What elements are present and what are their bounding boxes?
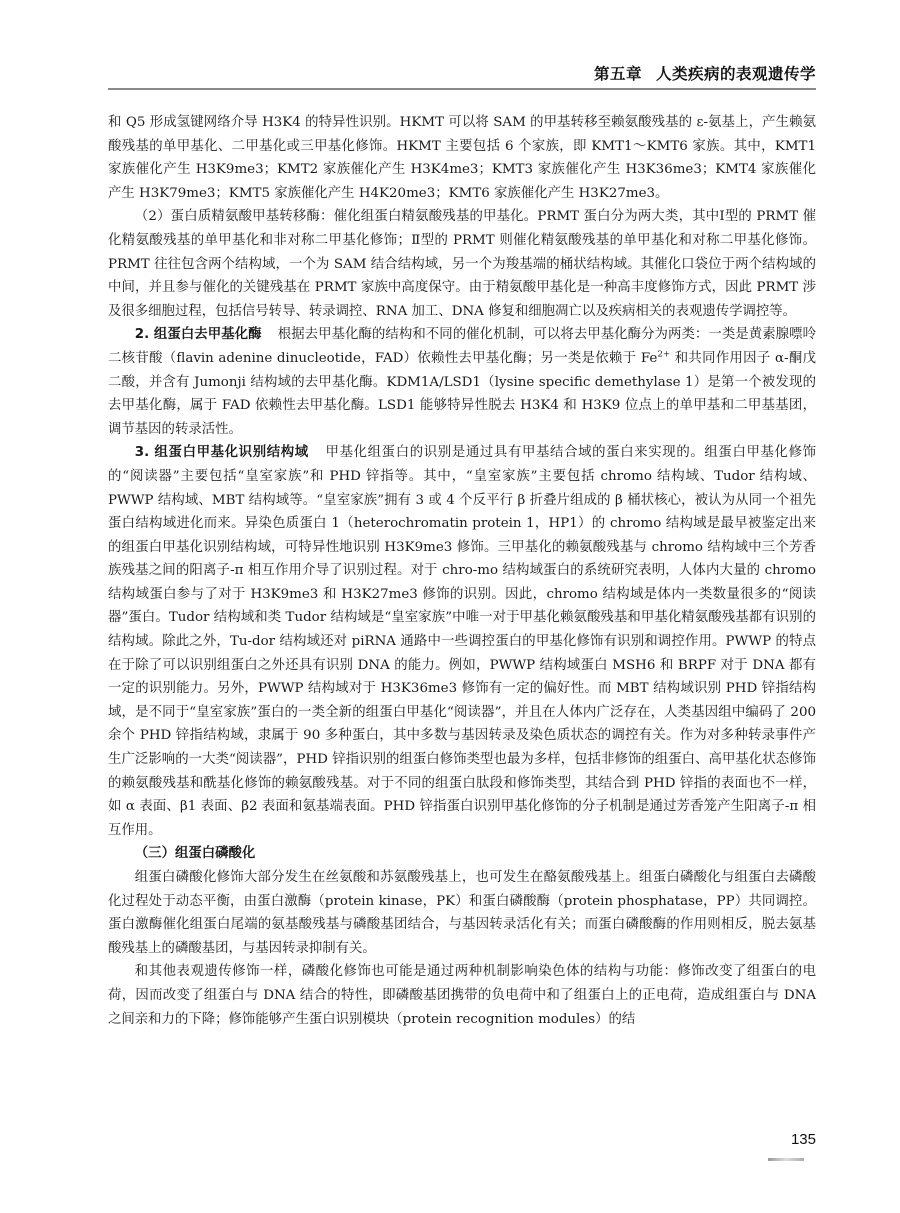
- chapter-title: 人类疾病的表观遗传学: [656, 65, 816, 83]
- page-number-rule: [768, 1158, 804, 1161]
- paragraph-text: 甲基化组蛋白的识别是通过具有甲基结合域的蛋白来实现的。组蛋白甲基化修饰的“阅读器…: [108, 445, 816, 838]
- header-rule: [108, 88, 816, 90]
- paragraph-prmt: （2）蛋白质精氨酸甲基转移酶：催化组蛋白精氨酸残基的甲基化。PRMT 蛋白分为两…: [108, 205, 816, 323]
- paragraph-phosphorylation: 组蛋白磷酸化修饰大部分发生在丝氨酸和苏氨酸残基上，也可发生在酪氨酸残基上。组蛋白…: [108, 866, 816, 960]
- page-number: 135: [770, 1131, 816, 1148]
- running-header: 第五章人类疾病的表观遗传学: [108, 62, 816, 88]
- book-page: 第五章人类疾病的表观遗传学 和 Q5 形成氢键网络介导 H3K4 的特异性识别。…: [0, 0, 900, 1213]
- paragraph-recognition-domain: 3. 组蛋白甲基化识别结构域甲基化组蛋白的识别是通过具有甲基结合域的蛋白来实现的…: [108, 441, 816, 842]
- subsection-heading-demethylase: 2. 组蛋白去甲基化酶: [135, 327, 262, 342]
- body-text: 和 Q5 形成氢键网络介导 H3K4 的特异性识别。HKMT 可以将 SAM 的…: [108, 111, 816, 1031]
- paragraph-mechanism: 和其他表观遗传修饰一样，磷酸化修饰也可能是通过两种机制影响染色体的结构与功能：修…: [108, 960, 816, 1031]
- superscript: 2+: [657, 349, 670, 359]
- paragraph-demethylase: 2. 组蛋白去甲基化酶根据去甲基化酶的结构和不同的催化机制，可以将去甲基化酶分为…: [108, 323, 816, 441]
- section-heading-phosphorylation: （三）组蛋白磷酸化: [108, 842, 816, 866]
- subsection-heading-recognition: 3. 组蛋白甲基化识别结构域: [135, 445, 309, 460]
- paragraph-continued: 和 Q5 形成氢键网络介导 H3K4 的特异性识别。HKMT 可以将 SAM 的…: [108, 111, 816, 205]
- chapter-number: 第五章: [594, 65, 642, 83]
